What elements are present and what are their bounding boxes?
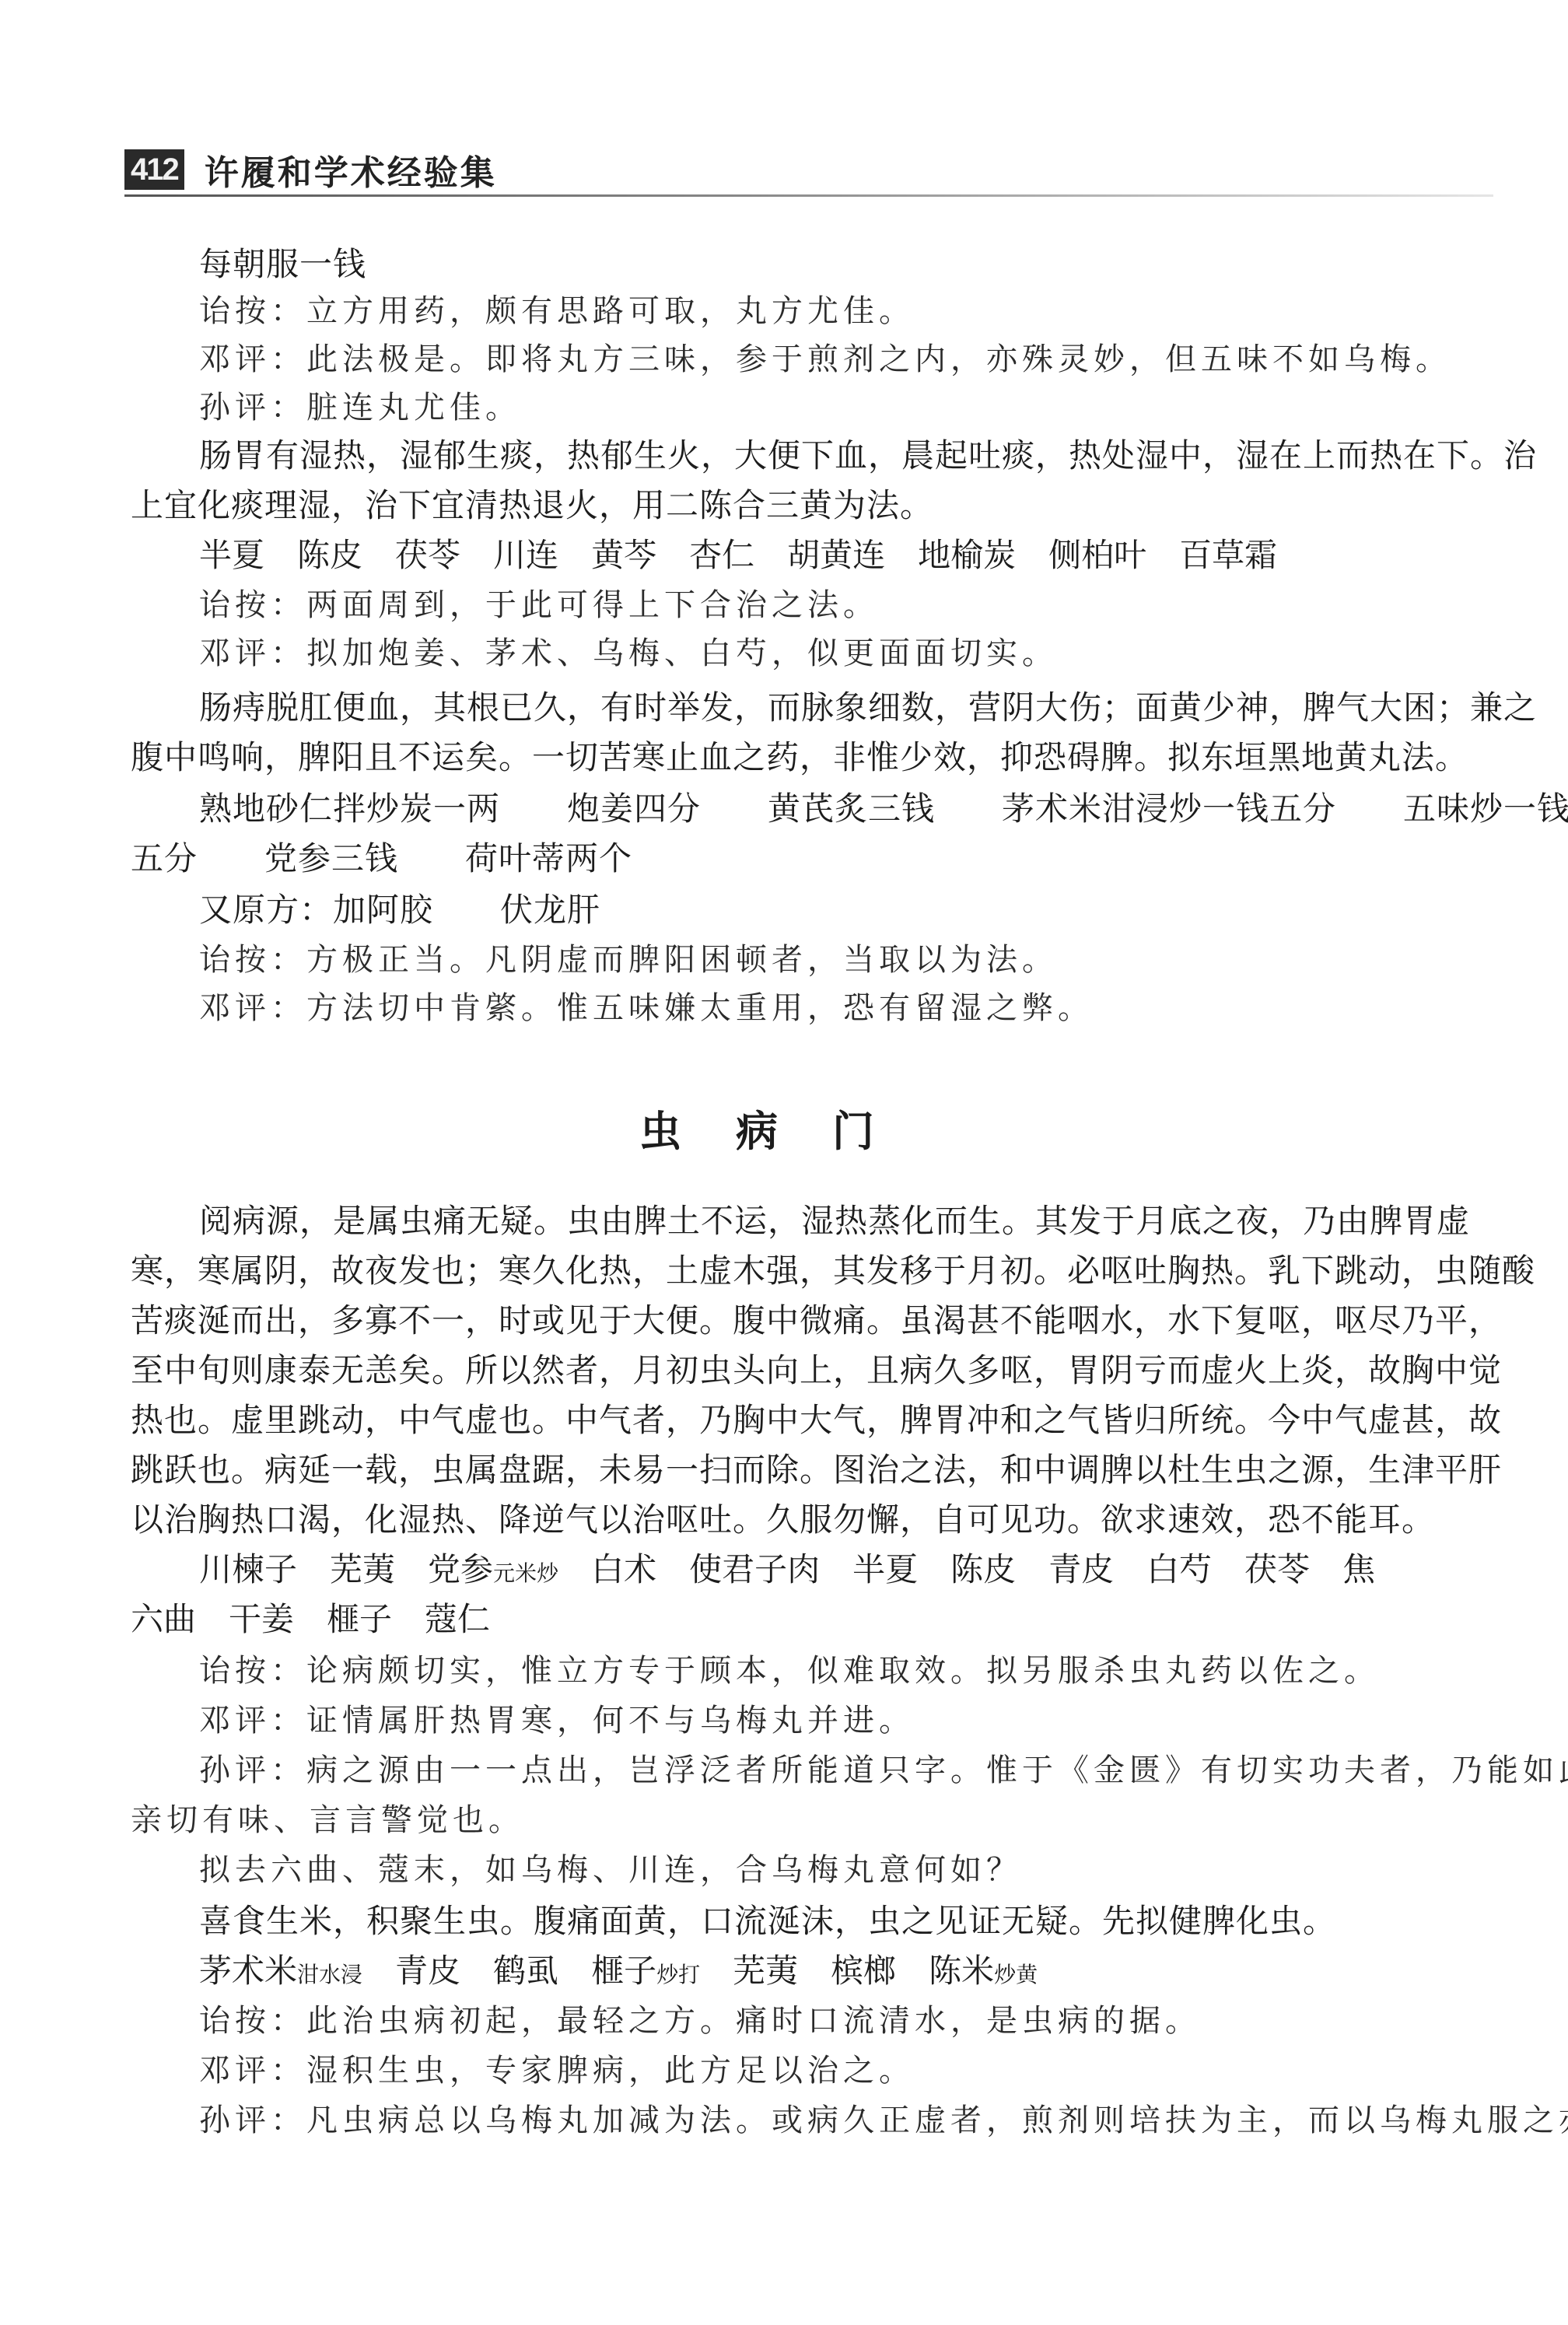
commentary-line: 邓评：方法切中肯綮。惟五味嫌太重用，恐有留湿之弊。 — [199, 985, 1094, 1031]
herb-item: 川连 — [493, 536, 558, 574]
herb-item: 茯苓 — [1244, 1550, 1310, 1588]
text-line: 肠胃有湿热，湿郁生痰，热郁生火，大便下血，晨起吐痰，热处湿中，湿在上而热在下。治 — [199, 432, 1537, 479]
text-line: 腹中鸣响，脾阳且不运矣。一切苦寒止血之药，非惟少效，抑恐碍脾。拟东垣黑地黄丸法。 — [131, 734, 1468, 781]
text-line: 喜食生米，积聚生虫。腹痛面黄，口流涎沫，虫之见证无疑。先拟健脾化虫。 — [199, 1898, 1336, 1945]
herb-item: 白术 — [591, 1550, 656, 1588]
text-line: 阅病源，是属虫痛无疑。虫由脾土不运，湿热蒸化而生。其发于月底之夜，乃由脾胃虚 — [199, 1198, 1470, 1245]
herb-item: 茅术米泔水浸 — [199, 1952, 362, 1990]
text-line: 肠痔脱肛便血，其根已久，有时举发，而脉象细数，营阴大伤；面黄少神，脾气大困；兼之 — [199, 685, 1537, 731]
herb-list: 半夏陈皮茯苓川连黄芩杏仁胡黄连地榆炭侧柏叶百草霜 — [199, 532, 1310, 579]
herb-item: 芜荑 — [733, 1952, 798, 1990]
text-line: 至中旬则康泰无恙矣。所以然者，月初虫头向上，且病久多呕，胃阴亏而虚火上炎，故胸中… — [131, 1347, 1502, 1394]
text-line: 上宜化痰理湿，治下宜清热退火，用二陈合三黄为法。 — [131, 482, 933, 529]
herb-item: 芜荑 — [330, 1550, 395, 1588]
commentary-line: 邓评：此法极是。即将丸方三味，参于煎剂之内，亦殊灵妙，但五味不如乌梅。 — [199, 336, 1451, 383]
commentary-line: 诒按：论病颇切实，惟立方专于顾本，似难取效。拟另服杀虫丸药以佐之。 — [199, 1647, 1380, 1694]
herb-item: 青皮 — [395, 1952, 460, 1990]
herb-item: 鹤虱 — [493, 1952, 558, 1990]
herb-item: 蔻仁 — [425, 1600, 490, 1638]
text-line: 又原方：加阿胶 伏龙肝 — [199, 887, 600, 933]
herb-item: 地榆炭 — [918, 536, 1016, 574]
herb-list: 川楝子芜荑党参元米炒白术使君子肉半夏陈皮青皮白芍茯苓焦 — [199, 1546, 1408, 1593]
commentary-line: 拟去六曲、蔻末，如乌梅、川连，合乌梅丸意何如？ — [199, 1847, 1022, 1893]
running-header: 412 许履和学术经验集 — [124, 148, 497, 191]
herb-item: 党参元米炒 — [428, 1550, 558, 1588]
commentary-line: 诒按：两面周到，于此可得上下合治之法。 — [199, 582, 879, 629]
commentary-line: 邓评：拟加炮姜、茅术、乌梅、白芍，似更面面切实。 — [199, 630, 1058, 677]
herb-item: 百草霜 — [1179, 536, 1277, 574]
herb-item: 干姜 — [229, 1600, 294, 1638]
herb-item: 青皮 — [1048, 1550, 1114, 1588]
herb-item: 杏仁 — [689, 536, 754, 574]
herb-item: 槟榔 — [831, 1952, 896, 1990]
commentary-line: 诒按：此治虫病初起，最轻之方。痛时口流清水，是虫病的据。 — [199, 1998, 1201, 2044]
text-line: 寒，寒属阴，故夜发也；寒久化热，土虚木强，其发移于月初。必呕吐胸热。乳下跳动，虫… — [131, 1248, 1535, 1294]
commentary-line: 邓评：湿积生虫，专家脾病，此方足以治之。 — [199, 2047, 915, 2094]
text-line: 跳跃也。病延一载，虫属盘踞，未易一扫而除。图治之法，和中调脾以杜生虫之源，生津平… — [131, 1447, 1502, 1493]
commentary-line: 亲切有味、言言警觉也。 — [131, 1797, 524, 1844]
commentary-line: 诒按：方极正当。凡阴虚而脾阳困顿者，当取以为法。 — [199, 937, 1058, 983]
herb-prep-note: 炒打 — [656, 1962, 700, 1987]
text-line: 熟地砂仁拌炒炭一两 炮姜四分 黄芪炙三钱 茅术米泔浸炒一钱五分 五味炒一钱 — [199, 786, 1568, 832]
herb-item: 陈皮 — [297, 536, 362, 574]
herb-list: 茅术米泔水浸青皮鹤虱榧子炒打芜荑槟榔陈米炒黄 — [199, 1948, 1070, 1994]
herb-item: 使君子肉 — [689, 1550, 820, 1588]
text-line: 以治胸热口渴，化湿热、降逆气以治呕吐。久服勿懈，自可见功。欲求速效，恐不能耳。 — [131, 1497, 1435, 1543]
text-line: 苦痰涎而出，多寡不一，时或见于大便。腹中微痛。虽渴甚不能咽水，水下复呕，呕尽乃平… — [131, 1297, 1502, 1344]
herb-item: 陈米炒黄 — [929, 1952, 1038, 1990]
header-rule — [124, 194, 1493, 197]
book-page: 412 许履和学术经验集 每朝服一钱诒按：立方用药，颇有思路可取，丸方尤佳。邓评… — [0, 0, 1568, 2325]
text-line: 每朝服一钱 — [199, 241, 366, 288]
herb-item: 焦 — [1342, 1550, 1375, 1588]
text-line: 热也。虚里跳动，中气虚也。中气者，乃胸中大气，脾胃冲和之气皆归所统。今中气虚甚，… — [131, 1397, 1502, 1444]
commentary-line: 邓评：证情属肝热胃寒，何不与乌梅丸并进。 — [199, 1697, 915, 1744]
herb-item: 侧柏叶 — [1048, 536, 1146, 574]
section-title: 虫病门 — [0, 1098, 1568, 1158]
page-number: 412 — [124, 149, 184, 190]
herb-item: 陈皮 — [950, 1550, 1016, 1588]
text-line: 五分 党参三钱 荷叶蒂两个 — [131, 835, 632, 882]
herb-item: 六曲 — [131, 1600, 196, 1638]
herb-item: 半夏 — [852, 1550, 918, 1588]
herb-prep-note: 元米炒 — [493, 1560, 558, 1586]
herb-item: 川楝子 — [199, 1550, 297, 1588]
commentary-line: 诒按：立方用药，颇有思路可取，丸方尤佳。 — [199, 288, 915, 334]
herb-item: 白芍 — [1146, 1550, 1212, 1588]
commentary-line: 孙评：脏连丸尤佳。 — [199, 384, 521, 431]
commentary-line: 孙评：凡虫病总以乌梅丸加减为法。或病久正虚者，煎剂则培扶为主，而以乌梅丸服之亦可… — [199, 2097, 1568, 2144]
herb-prep-note: 泔水浸 — [297, 1962, 362, 1987]
herb-list: 六曲干姜榧子蔻仁 — [131, 1596, 523, 1643]
herb-prep-note: 炒黄 — [994, 1962, 1038, 1987]
commentary-line: 孙评：病之源由一一点出，岂浮泛者所能道只字。惟于《金匮》有切实功夫者，乃能如此 — [199, 1747, 1568, 1794]
herb-item: 榧子 — [327, 1600, 392, 1638]
book-title: 许履和学术经验集 — [205, 145, 497, 194]
herb-item: 黄芩 — [591, 536, 656, 574]
herb-item: 半夏 — [199, 536, 264, 574]
herb-item: 茯苓 — [395, 536, 460, 574]
herb-item: 榧子炒打 — [591, 1952, 700, 1990]
herb-item: 胡黄连 — [787, 536, 885, 574]
